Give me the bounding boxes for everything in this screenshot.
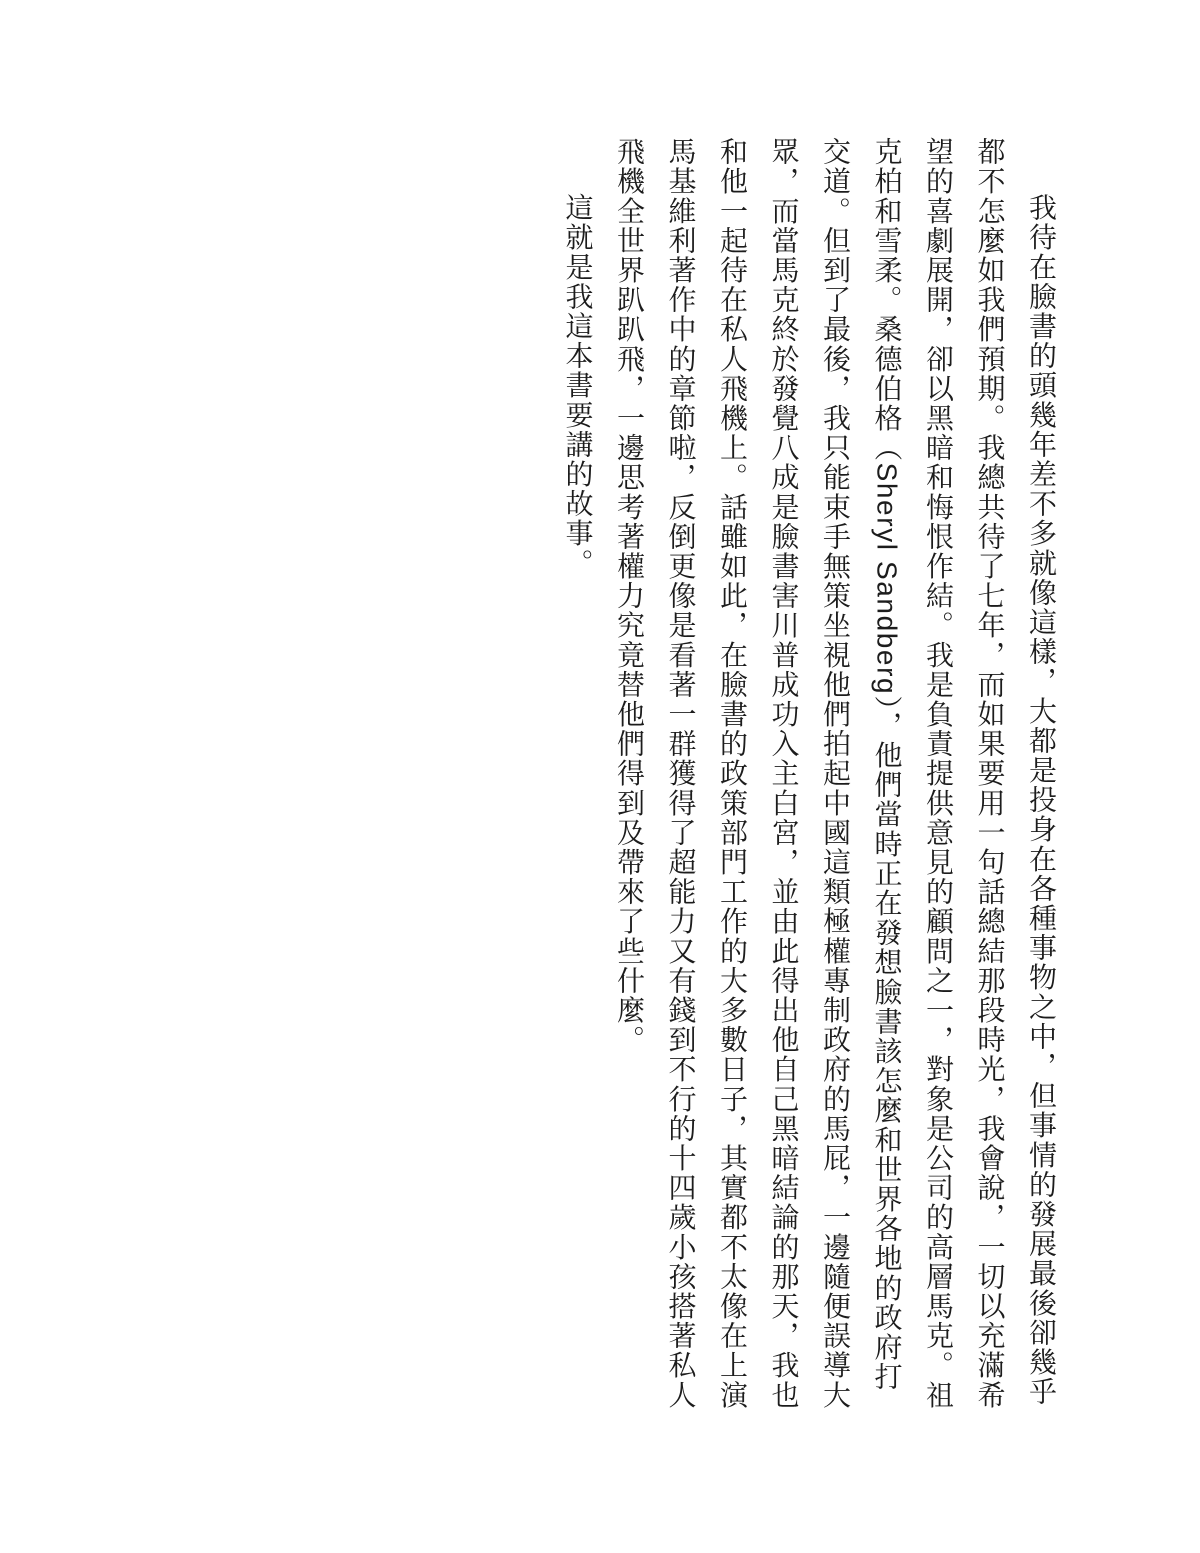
paragraph-2: 這就是我這本書要講的故事。 (552, 137, 604, 1412)
book-page: 我待在臉書的頭幾年差不多就像這樣，大都是投身在各種事物之中，但事情的發展最後卻幾… (0, 0, 1200, 1553)
vertical-text-block: 我待在臉書的頭幾年差不多就像這樣，大都是投身在各種事物之中，但事情的發展最後卻幾… (552, 137, 1067, 1412)
paragraph-1: 我待在臉書的頭幾年差不多就像這樣，大都是投身在各種事物之中，但事情的發展最後卻幾… (604, 137, 1068, 1412)
